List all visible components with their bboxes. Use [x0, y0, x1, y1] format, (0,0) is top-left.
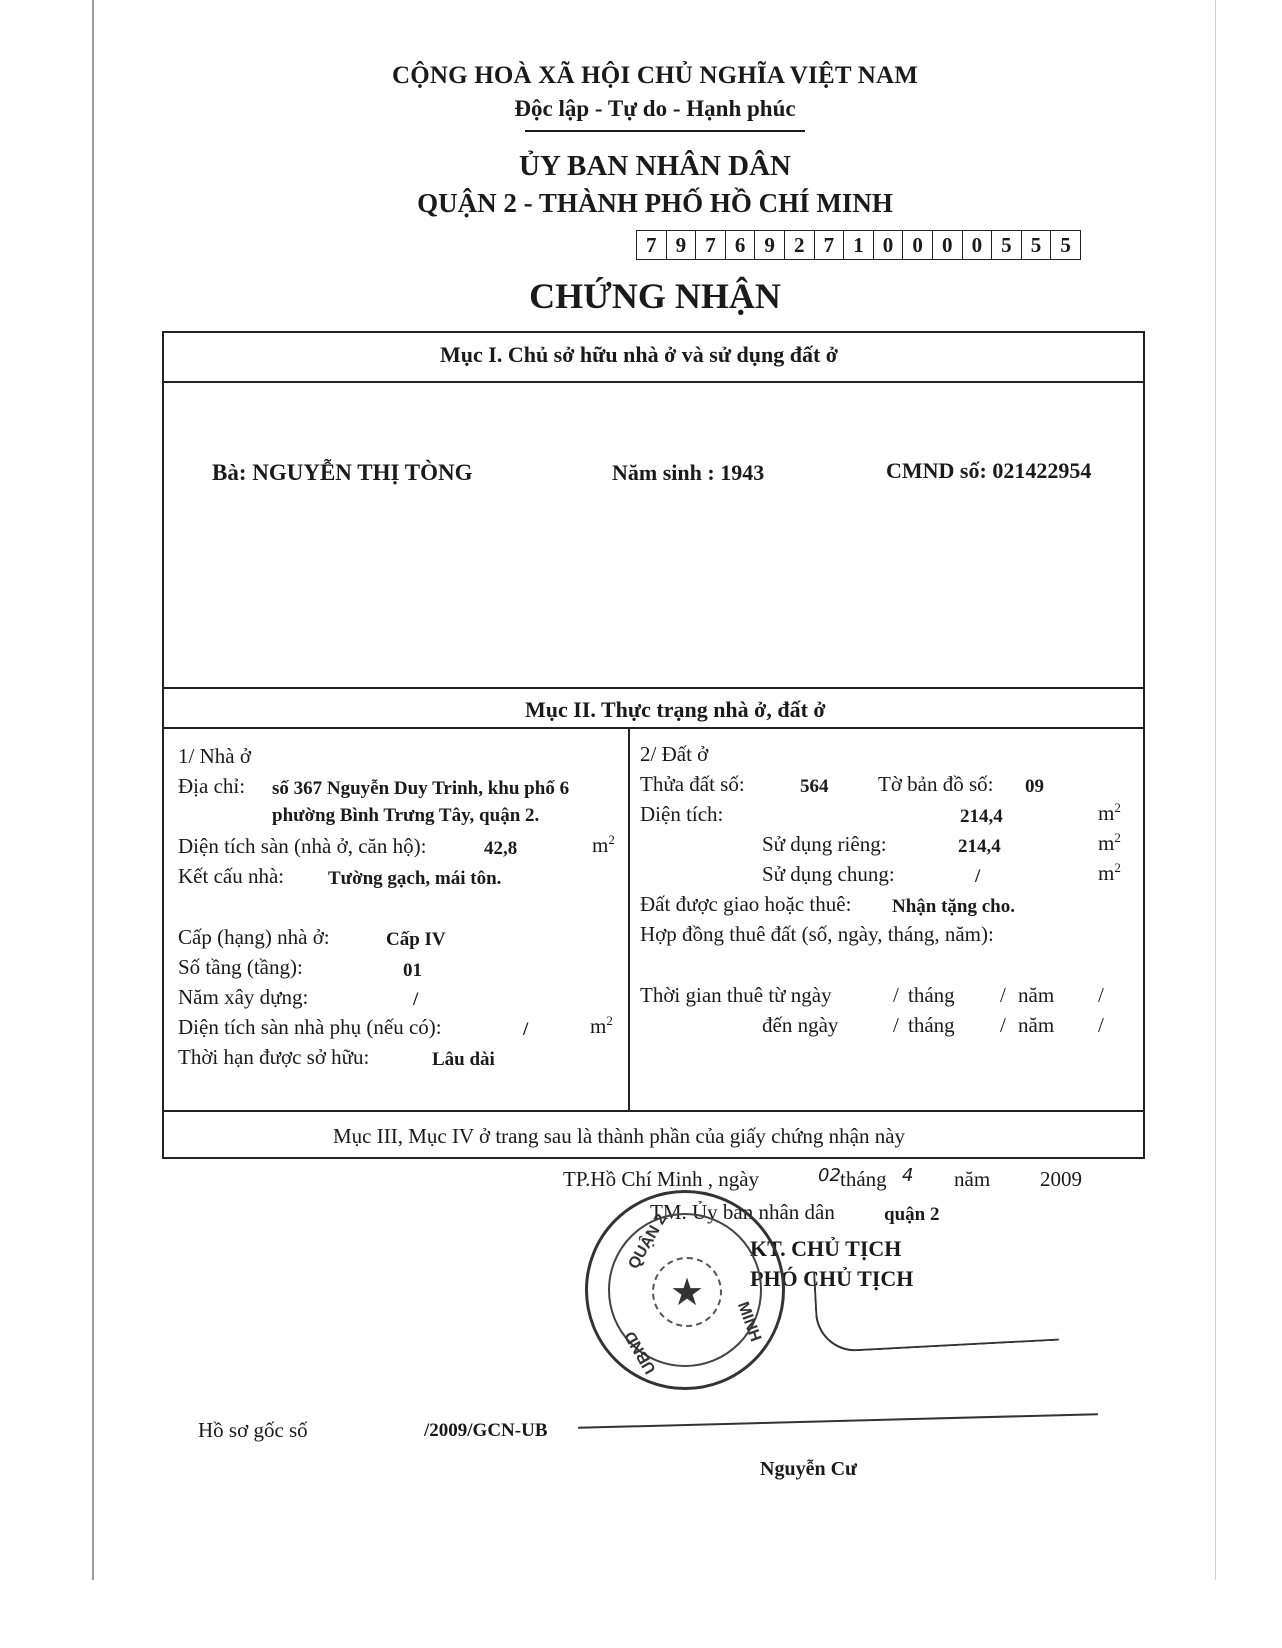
signer-name: Nguyễn Cư	[760, 1458, 857, 1481]
serial-digit: 2	[785, 231, 815, 259]
lease-from-month: /	[1000, 983, 1006, 1008]
ownership-term-label: Thời hạn được sở hữu:	[178, 1045, 369, 1070]
section1-divider	[162, 381, 1145, 383]
shared-use-value: /	[975, 866, 980, 888]
parcel-value: 564	[800, 776, 829, 798]
private-use-label: Sử dụng riêng:	[762, 832, 887, 857]
record-number: /2009/GCN-UB	[424, 1420, 548, 1442]
area-value: 214,4	[960, 806, 1003, 828]
lease-from-year-label: năm	[1018, 983, 1054, 1008]
document-title: CHỨNG NHẬN	[0, 275, 1282, 317]
allocation-value: Nhận tặng cho.	[892, 896, 1015, 918]
star-emblem-icon: ★	[652, 1257, 722, 1327]
serial-digit: 9	[755, 231, 785, 259]
private-use-unit: m2	[1098, 830, 1121, 856]
issuing-district: QUẬN 2 - THÀNH PHỐ HỒ CHÍ MINH	[0, 188, 1282, 219]
structure-value: Tường gạch, mái tôn.	[328, 868, 501, 890]
motto-underline	[525, 130, 805, 132]
lease-from-month-label: tháng	[908, 983, 955, 1008]
owner-line: Bà: NGUYỄN THỊ TÒNG	[212, 460, 473, 486]
signing-district: quận 2	[884, 1204, 939, 1226]
signing-year: 2009	[1040, 1167, 1082, 1192]
land-heading: 2/ Đất ở	[640, 742, 708, 767]
address-line2: phường Bình Trưng Tây, quận 2.	[272, 805, 539, 827]
area-label: Diện tích:	[640, 802, 723, 827]
birth-year: 1943	[720, 460, 764, 485]
lease-contract-label: Hợp đồng thuê đất (số, ngày, tháng, năm)…	[640, 922, 994, 947]
serial-digit: 7	[637, 231, 667, 259]
area-unit: m2	[1098, 800, 1121, 826]
signing-month: 4	[902, 1165, 913, 1186]
structure-label: Kết cấu nhà:	[178, 864, 284, 889]
grade-value: Cấp IV	[386, 929, 446, 951]
national-motto: Độc lập - Tự do - Hạnh phúc	[0, 96, 1282, 122]
shared-use-unit: m2	[1098, 860, 1121, 886]
lease-to-year-label: năm	[1018, 1013, 1054, 1038]
section-note: Mục III, Mục IV ở trang sau là thành phầ…	[333, 1124, 905, 1149]
signing-month-label: tháng	[840, 1167, 887, 1192]
floor-area-value: 42,8	[484, 838, 517, 860]
serial-digit: 7	[815, 231, 845, 259]
issuing-authority: ỦY BAN NHÂN DÂN	[0, 150, 1282, 183]
lease-to-month-label: tháng	[908, 1013, 955, 1038]
serial-digit: 0	[963, 231, 993, 259]
serial-digit: 1	[844, 231, 874, 259]
serial-digit: 0	[903, 231, 933, 259]
aux-area-value: /	[523, 1019, 528, 1041]
map-sheet-value: 09	[1025, 776, 1044, 798]
lease-to-day: /	[893, 1013, 899, 1038]
id-label: CMND số:	[886, 458, 987, 483]
house-heading: 1/ Nhà ở	[178, 744, 251, 769]
parcel-label: Thửa đất số:	[640, 772, 745, 797]
page-edge-right	[1215, 0, 1216, 1580]
section3-divider	[162, 1110, 1145, 1112]
section2-heading: Mục II. Thực trạng nhà ở, đất ở	[525, 697, 826, 723]
allocation-label: Đất được giao hoặc thuê:	[640, 892, 851, 917]
floor-area-label: Diện tích sàn (nhà ở, căn hộ):	[178, 834, 426, 859]
signing-place: TP.Hồ Chí Minh , ngày	[563, 1167, 759, 1192]
signing-year-label: năm	[954, 1167, 990, 1192]
build-year-label: Năm xây dựng:	[178, 985, 308, 1010]
column-divider	[628, 727, 630, 1110]
address-label: Địa chỉ:	[178, 774, 245, 799]
birth-year-line: Năm sinh : 1943	[612, 460, 764, 486]
section1-heading: Mục I. Chủ sở hữu nhà ở và sử dụng đất ở	[440, 342, 838, 368]
page-edge-left	[92, 0, 94, 1580]
serial-digit: 7	[696, 231, 726, 259]
official-stamp: ★ QUẬN 2 UBND MINH	[585, 1190, 785, 1390]
aux-area-label: Diện tích sàn nhà phụ (nếu có):	[178, 1015, 442, 1040]
handwritten-signature	[813, 1259, 1059, 1354]
lease-to-month: /	[1000, 1013, 1006, 1038]
section2-top-divider	[162, 687, 1145, 689]
serial-digit: 5	[992, 231, 1022, 259]
aux-area-unit: m2	[590, 1013, 613, 1039]
lease-to-label: đến ngày	[762, 1013, 838, 1038]
birth-year-label: Năm sinh :	[612, 460, 715, 485]
build-year-value: /	[413, 989, 418, 1011]
lease-from-day: /	[893, 983, 899, 1008]
signature-underline	[578, 1413, 1098, 1429]
section2-header-divider	[162, 727, 1145, 729]
ownership-term-value: Lâu dài	[432, 1049, 495, 1071]
map-sheet-label: Tờ bản đồ số:	[878, 772, 994, 797]
serial-digit: 0	[933, 231, 963, 259]
owner-label: Bà:	[212, 460, 247, 485]
serial-digit: 6	[726, 231, 756, 259]
serial-number-boxes: 797692710000555	[636, 230, 1081, 260]
id-number: 021422954	[992, 458, 1091, 483]
serial-digit: 5	[1022, 231, 1052, 259]
owner-name: NGUYỄN THỊ TÒNG	[252, 460, 472, 485]
floor-area-unit: m2	[592, 832, 615, 858]
signing-day: 02	[818, 1165, 841, 1186]
lease-to-year: /	[1098, 1013, 1104, 1038]
floors-value: 01	[403, 960, 422, 982]
id-line: CMND số: 021422954	[886, 458, 1091, 484]
nation-title: CỘNG HOÀ XÃ HỘI CHỦ NGHĨA VIỆT NAM	[0, 62, 1282, 90]
serial-digit: 0	[874, 231, 904, 259]
private-use-value: 214,4	[958, 836, 1001, 858]
lease-from-year: /	[1098, 983, 1104, 1008]
lease-from-label: Thời gian thuê từ ngày	[640, 983, 832, 1008]
floors-label: Số tầng (tầng):	[178, 955, 303, 980]
shared-use-label: Sử dụng chung:	[762, 862, 895, 887]
serial-digit: 5	[1051, 231, 1080, 259]
serial-digit: 9	[667, 231, 697, 259]
grade-label: Cấp (hạng) nhà ở:	[178, 925, 330, 950]
address-line1: số 367 Nguyễn Duy Trinh, khu phố 6	[272, 778, 569, 800]
record-label: Hồ sơ gốc số	[198, 1418, 308, 1443]
